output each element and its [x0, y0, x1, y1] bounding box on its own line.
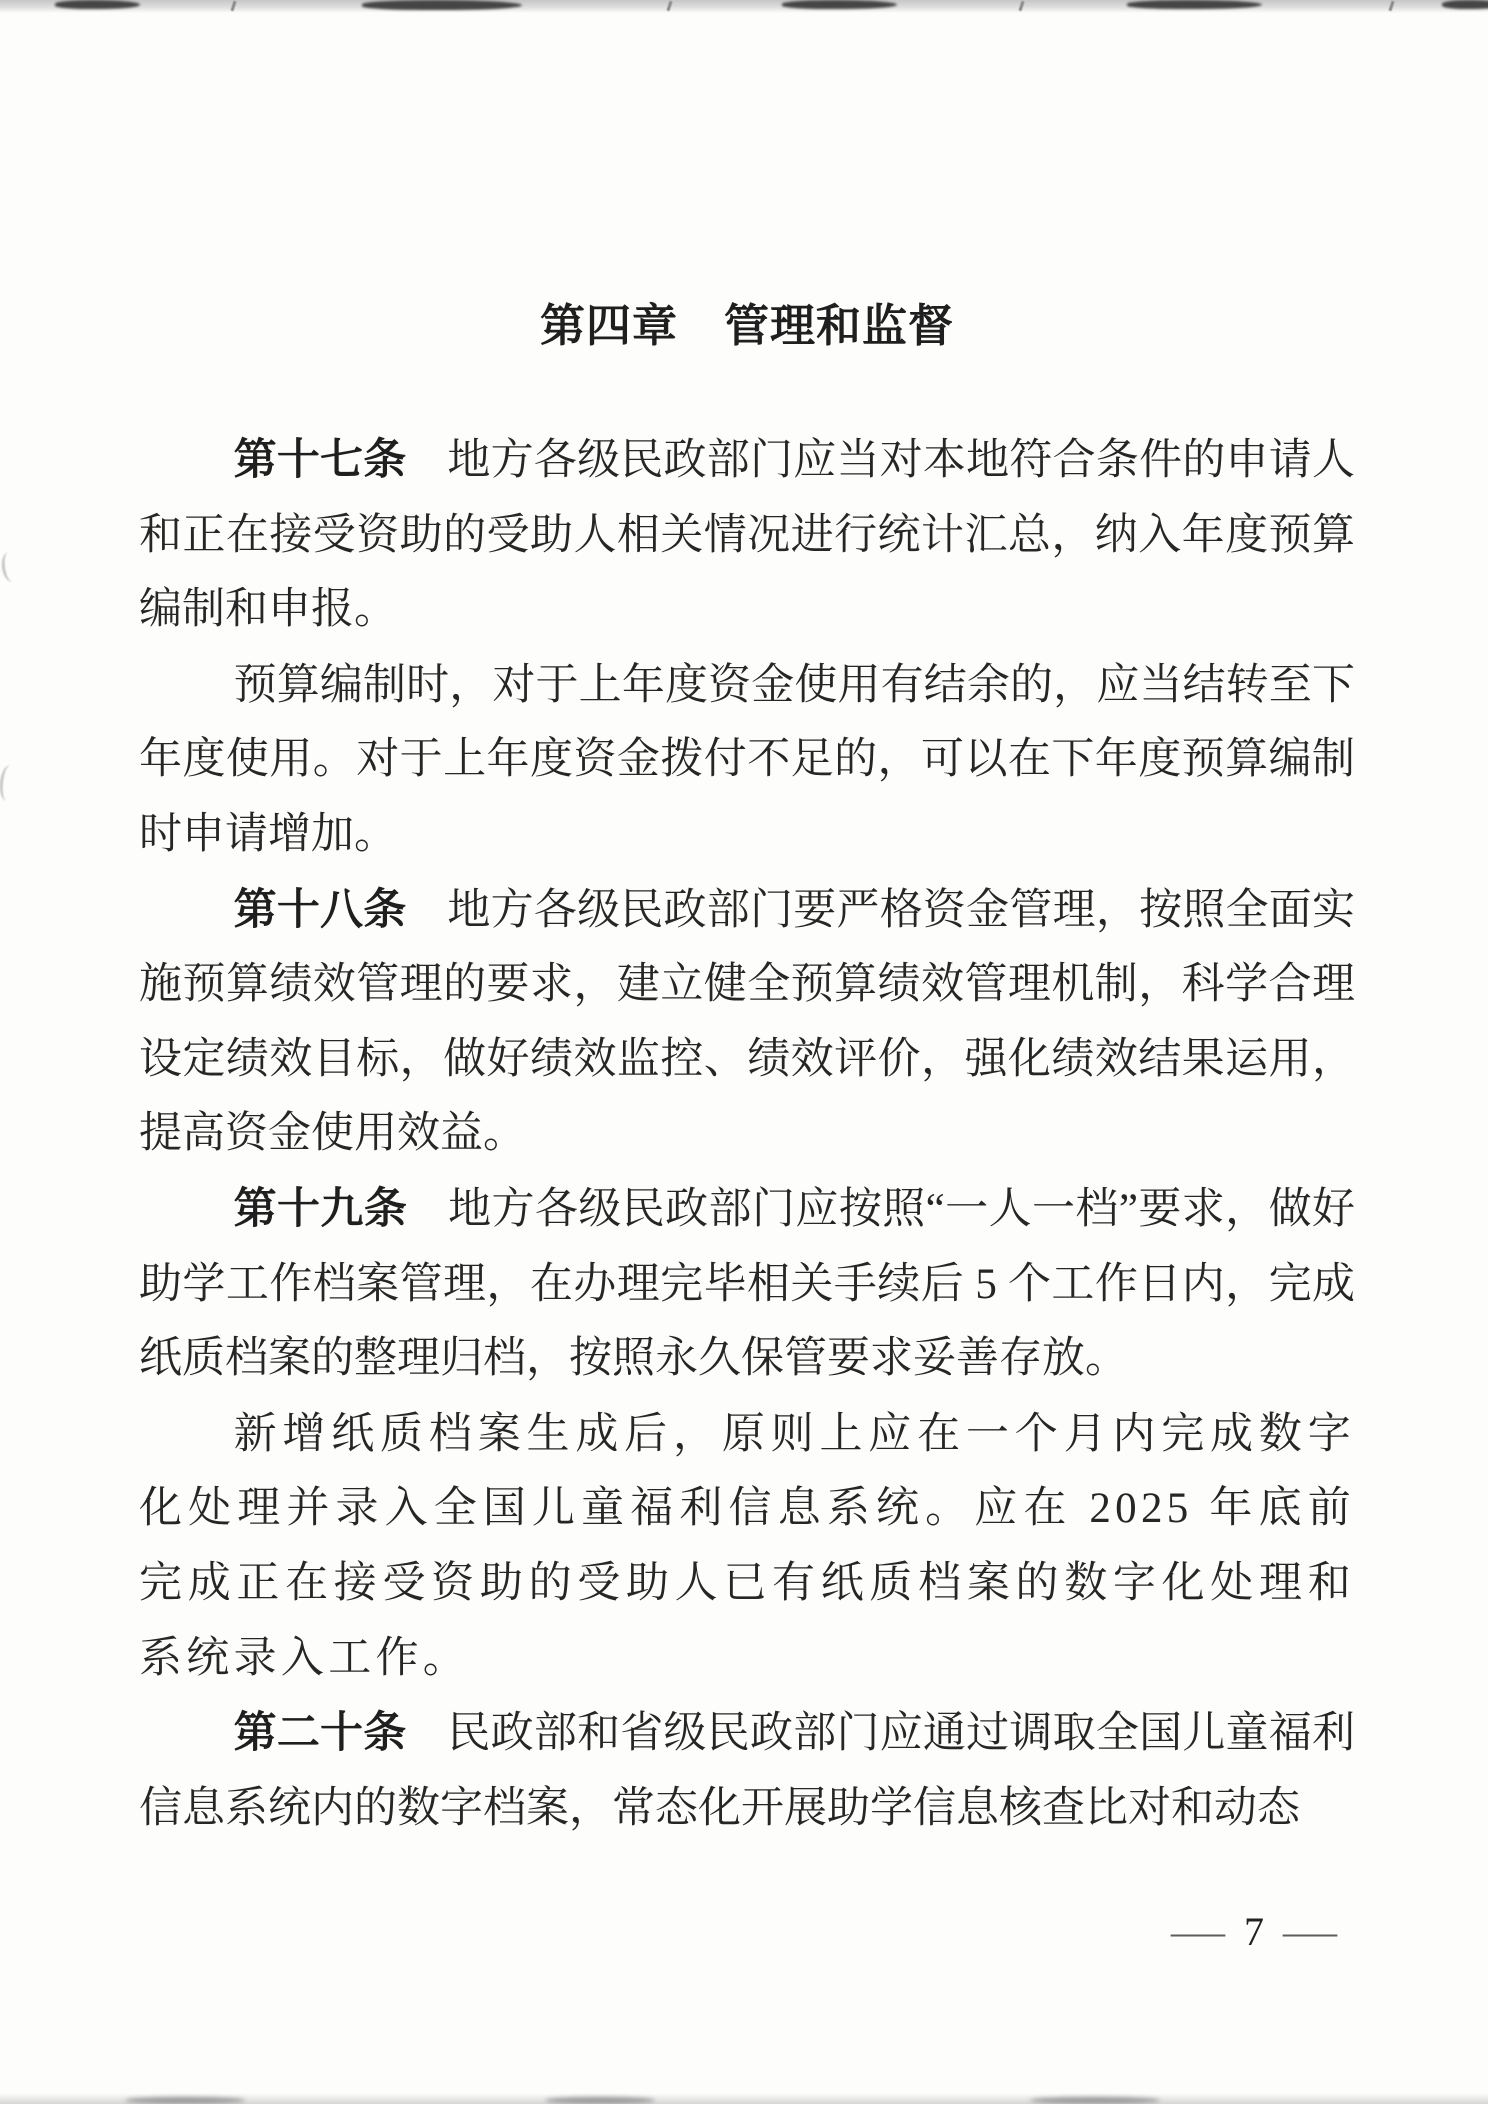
page-number: 7: [1244, 1909, 1264, 1954]
scan-smudge: [1030, 2097, 1160, 2104]
scan-edge-mark: [0, 764, 19, 802]
article-paragraph: 第二十条民政部和省级民政部门应通过调取全国儿童福利信息系统内的数字档案，常态化开…: [139, 1696, 1355, 1846]
footer-dash-left: —: [1171, 1908, 1225, 1956]
page-footer: —7—: [1178, 1908, 1330, 1956]
article-text: 预算编制时，对于上年度资金使用有结余的，应当结转至下年度使用。对于上年度资金拨付…: [139, 662, 1355, 858]
article-paragraph: 第十九条地方各级民政部门应按照“一人一档”要求，做好助学工作档案管理，在办理完毕…: [139, 1172, 1355, 1397]
scan-smudge: [1442, 0, 1488, 9]
scan-edge-mark: [0, 551, 21, 583]
article-body: 第十七条地方各级民政部门应当对本地符合条件的申请人和正在接受资助的受助人相关情况…: [139, 423, 1355, 1846]
article-number: 第十九条: [234, 1185, 408, 1233]
scan-smudge: [55, 0, 140, 9]
scan-artifact-bottom: [0, 2093, 1488, 2104]
article-number: 第十七条: [234, 436, 407, 484]
article-text: 新增纸质档案生成后，原则上应在一个月内完成数字化处理并录入全国儿童福利信息系统。…: [139, 1411, 1355, 1682]
footer-dash-right: —: [1283, 1908, 1337, 1956]
chapter-title: 第四章 管理和监督: [139, 295, 1355, 356]
article-paragraph: 新增纸质档案生成后，原则上应在一个月内完成数字化处理并录入全国儿童福利信息系统。…: [139, 1397, 1355, 1696]
scan-tick: [1389, 1, 1395, 11]
page-content: 第四章 管理和监督 第十七条地方各级民政部门应当对本地符合条件的申请人和正在接受…: [139, 0, 1355, 1846]
article-number: 第十八条: [234, 886, 407, 934]
article-paragraph: 第十八条地方各级民政部门要严格资金管理，按照全面实施预算绩效管理的要求，建立健全…: [139, 873, 1355, 1172]
scan-smudge: [545, 2097, 655, 2104]
scan-smudge: [125, 2097, 245, 2104]
article-paragraph: 预算编制时，对于上年度资金使用有结余的，应当结转至下年度使用。对于上年度资金拨付…: [139, 648, 1355, 873]
article-number: 第二十条: [234, 1709, 407, 1757]
document-page: 第四章 管理和监督 第十七条地方各级民政部门应当对本地符合条件的申请人和正在接受…: [0, 0, 1488, 2104]
article-paragraph: 第十七条地方各级民政部门应当对本地符合条件的申请人和正在接受资助的受助人相关情况…: [139, 423, 1355, 648]
